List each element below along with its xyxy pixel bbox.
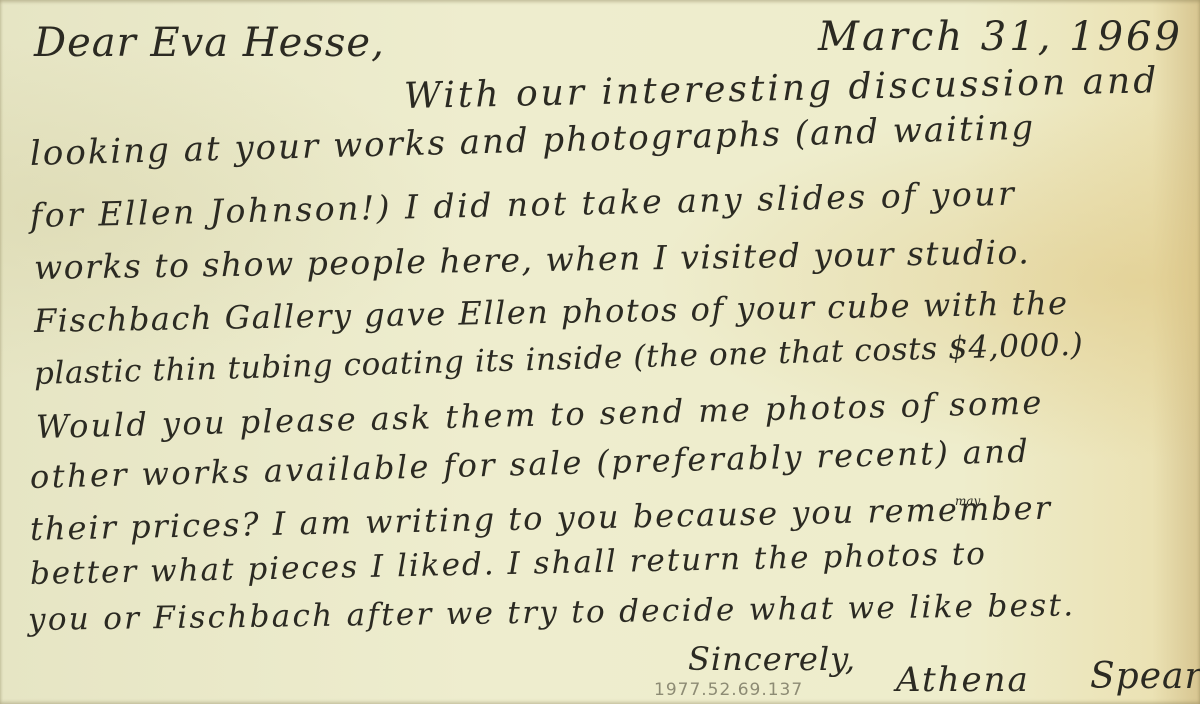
letter-card: Dear Eva Hesse, March 31, 1969 With our … [0,0,1200,704]
letter-date: March 31, 1969 [818,14,1183,60]
body-line-4: works to show people here, when I visite… [34,232,1031,287]
signature-last-name: Spear [1090,656,1200,697]
accession-number: 1977.52.69.137 [654,680,803,700]
body-line-3: for Ellen Johnson!) I did not take any s… [30,174,1017,235]
closing: Sincerely, [688,640,856,678]
body-line-1: With our interesting discussion and [404,60,1160,117]
signature-first-name: Athena [896,660,1030,700]
body-line-11: you or Fischbach after we try to decide … [28,587,1076,638]
inserted-word: may [955,494,980,508]
salutation: Dear Eva Hesse, [34,20,385,66]
body-line-2: looking at your works and photographs (a… [29,108,1035,174]
